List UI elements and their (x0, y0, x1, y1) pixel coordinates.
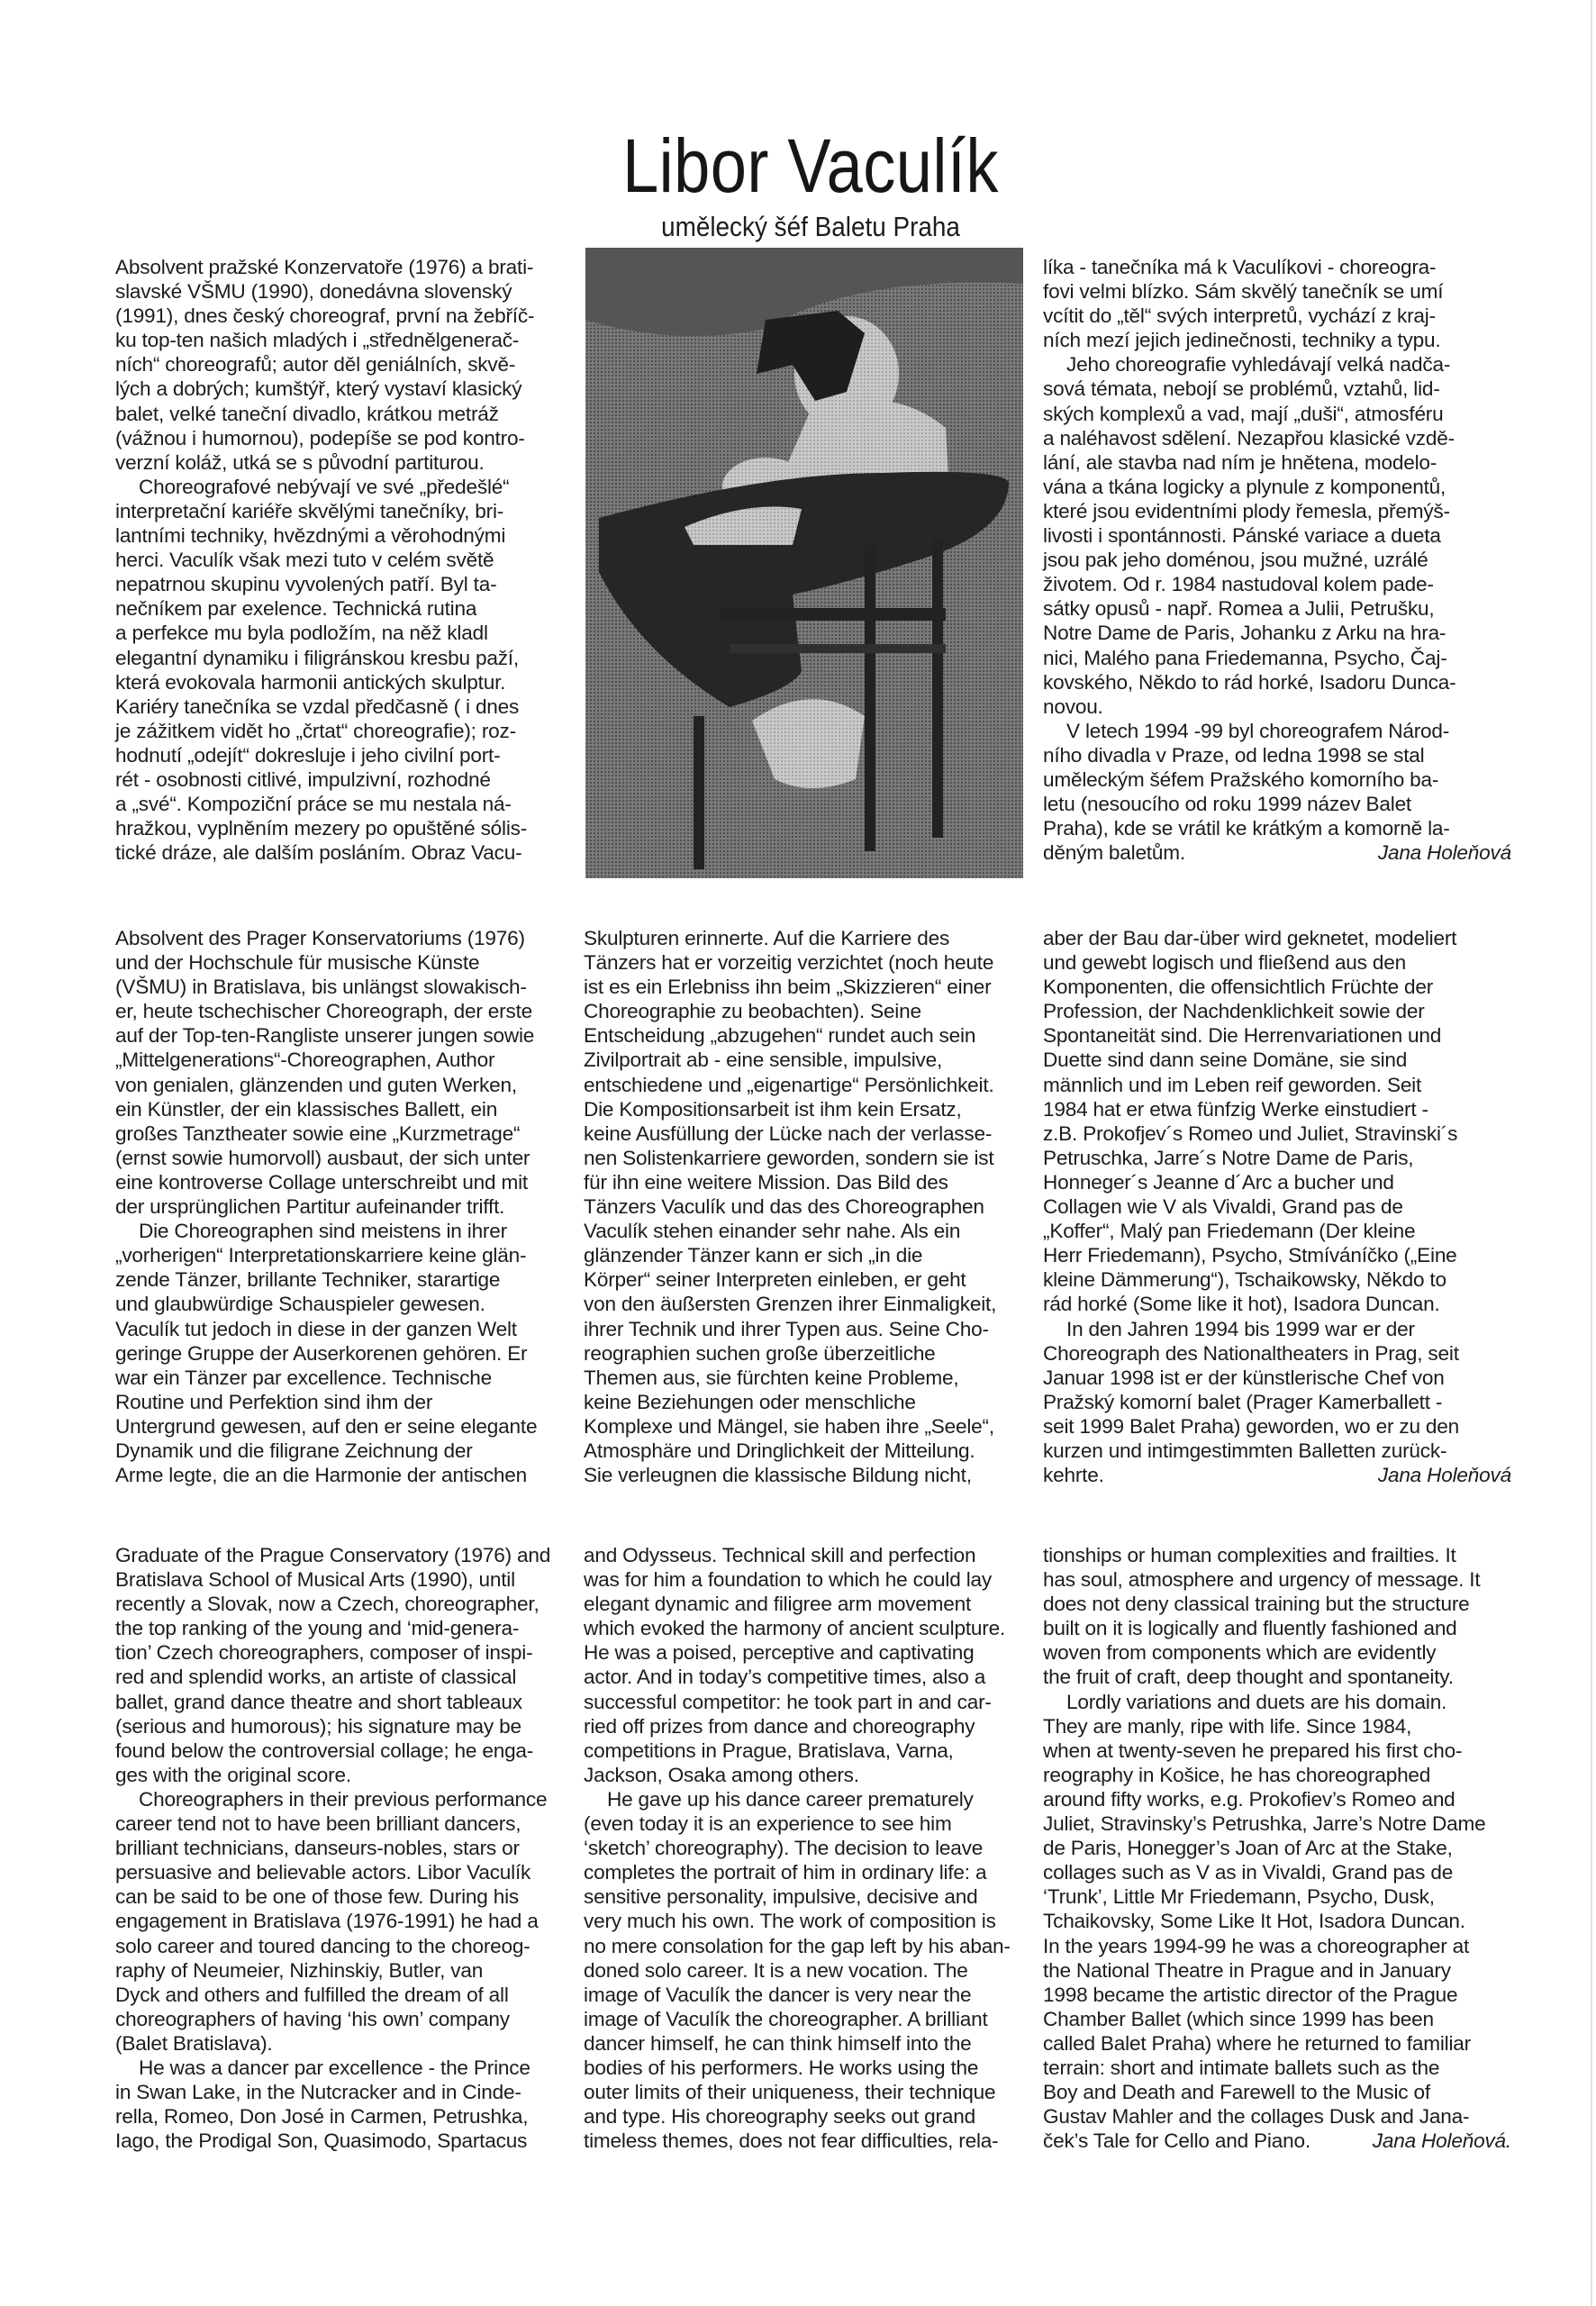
text-line: terrain: short and intimate ballets such… (1043, 2056, 1511, 2080)
text-line: Komponenten, die offensichtlich Früchte … (1043, 975, 1511, 999)
text-line: interpretační kariéře skvělými tanečníky… (115, 499, 566, 523)
text-line: der ursprünglichen Partitur aufeinander … (115, 1194, 566, 1219)
text-line: Graduate of the Prague Conservatory (197… (115, 1543, 566, 1567)
text-line: letu (nesoucího od roku 1999 název Balet (1043, 792, 1511, 816)
text-line: nečníkem par exelence. Technická rutina (115, 596, 566, 621)
text-line: the top ranking of the young and ‘mid-ge… (115, 1616, 566, 1640)
text-line: für ihn eine weitere Mission. Das Bild d… (584, 1170, 1034, 1194)
text-line: fovi velmi blízko. Sám skvělý tanečník s… (1043, 279, 1511, 304)
text-line: rád horké (Some like it hot), Isadora Du… (1043, 1292, 1511, 1316)
text-line: can be said to be one of those few. Duri… (115, 1884, 566, 1909)
text-line: „vorherigen“ Interpretationskarriere kei… (115, 1243, 566, 1267)
text-line: Jackson, Osaka among others. (584, 1763, 1034, 1787)
text-line: They are manly, ripe with life. Since 19… (1043, 1714, 1511, 1739)
text-line: Praha), kde se vrátil ke krátkým a komor… (1043, 816, 1511, 840)
text-line: Bratislava School of Musical Arts (1990)… (115, 1567, 566, 1592)
text-line: 1984 hat er etwa fünfzig Werke einstudie… (1043, 1097, 1511, 1121)
text-line: Die Choreographen sind meistens in ihrer (115, 1219, 566, 1243)
text-line: kehrte.Jana Holeňová (1043, 1463, 1511, 1487)
text-line: Körper“ seiner Interpreten einleben, er … (584, 1267, 1034, 1292)
text-line: Notre Dame de Paris, Johanku z Arku na h… (1043, 621, 1511, 645)
text-line: choreographers of having ‘his own’ compa… (115, 2007, 566, 2031)
text-line: und der Hochschule für musische Künste (115, 950, 566, 975)
text-line: the National Theatre in Prague and in Ja… (1043, 1958, 1511, 1983)
text-line: Lordly variations and duets are his doma… (1043, 1690, 1511, 1714)
text-line: und gewebt logisch und fließend aus den (1043, 950, 1511, 975)
text-line: lání, ale stavba nad ním je hnětena, mod… (1043, 450, 1511, 475)
text-line: persuasive and believable actors. Libor … (115, 1860, 566, 1884)
text-line: je zážitkem vidět ho „črtat“ choreografi… (115, 719, 566, 743)
text-line: ‘sketch’ choreography). The decision to … (584, 1836, 1034, 1860)
text-line: z.B. Prokofjev´s Romeo und Juliet, Strav… (1043, 1121, 1511, 1146)
text-line: timeless themes, does not fear difficult… (584, 2129, 1034, 2153)
text-line: ku top-ten našich mladých i „střednělgen… (115, 328, 566, 352)
text-line: recently a Slovak, now a Czech, choreogr… (115, 1592, 566, 1616)
text-line: Choreographie zu beobachten). Seine (584, 999, 1034, 1023)
text-line: Profession, der Nachdenklichkeit sowie d… (1043, 999, 1511, 1023)
text-line: which evoked the harmony of ancient scul… (584, 1616, 1034, 1640)
text-line: Jeho choreografie vyhledávají velká nadč… (1043, 352, 1511, 377)
text-line: outer limits of their uniqueness, their … (584, 2080, 1034, 2104)
text-line: verzní koláž, utká se s původní partitur… (115, 450, 566, 475)
text-line: completes the portrait of him in ordinar… (584, 1860, 1034, 1884)
text-line: Collagen wie V als Vivaldi, Grand pas de (1043, 1194, 1511, 1219)
text-line: Dynamik und die filigrane Zeichnung der (115, 1439, 566, 1463)
text-line: (1991), dnes český choreograf, první na … (115, 304, 566, 328)
text-line: Entscheidung „abzugehen“ rundet auch sei… (584, 1023, 1034, 1048)
text-line: Routine und Perfektion sind ihm der (115, 1390, 566, 1414)
text-line: novou. (1043, 695, 1511, 719)
text-line: found below the controversial collage; h… (115, 1739, 566, 1763)
text-line: Iago, the Prodigal Son, Quasimodo, Spart… (115, 2129, 566, 2153)
text-line: ried off prizes from dance and choreogra… (584, 1714, 1034, 1739)
text-line: Kariéry tanečníka se vzdal předčasně ( i… (115, 695, 566, 719)
text-line: Herr Friedemann), Psycho, Stmíváníčko („… (1043, 1243, 1511, 1267)
text-line: reographien suchen große überzeitliche (584, 1341, 1034, 1366)
text-line: woven from components which are evidentl… (1043, 1640, 1511, 1665)
text-line: brilliant technicians, danseurs-nobles, … (115, 1836, 566, 1860)
text-line: děným baletům.Jana Holeňová (1043, 840, 1511, 865)
text-line: lantními techniky, hvězdnými a věrohodný… (115, 523, 566, 548)
text-line: ist es ein Erlebniss ihn beim „Skizziere… (584, 975, 1034, 999)
text-line: built on it is logically and fluently fa… (1043, 1616, 1511, 1640)
german-column-2: Skulpturen erinnerte. Auf die Karriere d… (584, 926, 1034, 1487)
text-line: elegant dynamic and filigree arm movemen… (584, 1592, 1034, 1616)
text-line: in Swan Lake, in the Nutcracker and in C… (115, 2080, 566, 2104)
english-column-1: Graduate of the Prague Conservatory (197… (115, 1543, 566, 2153)
text-line: successful competitor: he took part in a… (584, 1690, 1034, 1714)
text-line: red and splendid works, an artiste of cl… (115, 1665, 566, 1689)
text-line: Die Kompositionsarbeit ist ihm kein Ersa… (584, 1097, 1034, 1121)
text-line: kurzen und intimgestimmten Balletten zur… (1043, 1439, 1511, 1463)
author-signature: Jana Holeňová (1378, 1463, 1511, 1487)
text-line: Choreografové nebývají ve své „předešlé“ (115, 475, 566, 499)
text-line: Vaculík tut jedoch in diese in der ganze… (115, 1317, 566, 1341)
text-line: called Balet Praha) where he returned to… (1043, 2031, 1511, 2056)
text-line: ských komplexů a vad, mají „duši“, atmos… (1043, 402, 1511, 426)
author-signature: Jana Holeňová. (1373, 2129, 1511, 2153)
text-line: does not deny classical training but the… (1043, 1592, 1511, 1616)
text-line: (serious and humorous); his signature ma… (115, 1714, 566, 1739)
text-line: eine kontroverse Collage unterschreibt u… (115, 1170, 566, 1194)
text-line: a „své“. Kompoziční práce se mu nestala … (115, 792, 566, 816)
text-line: tion’ Czech choreographers, composer of … (115, 1640, 566, 1665)
text-line: bodies of his performers. He works using… (584, 2056, 1034, 2080)
text-line: engagement in Bratislava (1976-1991) he … (115, 1909, 566, 1933)
text-line: reography in Košice, he has choreographe… (1043, 1763, 1511, 1787)
text-line: doned solo career. It is a new vocation.… (584, 1958, 1034, 1983)
text-line: Duette sind dann seine Domäne, sie sind (1043, 1048, 1511, 1072)
text-line: nen Solistenkarriere geworden, sondern s… (584, 1146, 1034, 1170)
text-line: Boy and Death and Farewell to the Music … (1043, 2080, 1511, 2104)
text-line: Atmosphäre und Dringlichkeit der Mitteil… (584, 1439, 1034, 1463)
text-line: ních“ choreografů; autor děl geniálních,… (115, 352, 566, 377)
text-line: která evokovala harmonii antických skulp… (115, 670, 566, 695)
text-line: the fruit of craft, deep thought and spo… (1043, 1665, 1511, 1689)
text-line: „Mittelgenerations“-Choreographen, Autho… (115, 1048, 566, 1072)
text-line: aber der Bau dar-über wird geknetet, mod… (1043, 926, 1511, 950)
text-line: Dyck and others and fulfilled the dream … (115, 1983, 566, 2007)
text-line: slavské VŠMU (1990), donedávna slovenský (115, 279, 566, 304)
text-line: Gustav Mahler and the collages Dusk and … (1043, 2104, 1511, 2129)
text-line: auf der Top-ten-Rangliste unserer jungen… (115, 1023, 566, 1048)
text-line: has soul, atmosphere and urgency of mess… (1043, 1567, 1511, 1592)
text-line: was for him a foundation to which he cou… (584, 1567, 1034, 1592)
text-line: In den Jahren 1994 bis 1999 war er der (1043, 1317, 1511, 1341)
text-line: 1998 became the artistic director of the… (1043, 1983, 1511, 2007)
text-line: životem. Od r. 1984 nastudoval kolem pad… (1043, 572, 1511, 596)
text-line: jsou pak jeho doménou, jsou mužné, uzrál… (1043, 548, 1511, 572)
text-line: war ein Tänzer par excellence. Technisch… (115, 1366, 566, 1390)
text-line: ein Künstler, der ein klassisches Ballet… (115, 1097, 566, 1121)
text-line: Choreographers in their previous perform… (115, 1787, 566, 1811)
text-line: balet, velké taneční divadlo, krátkou me… (115, 402, 566, 426)
text-line: actor. And in today’s competitive times,… (584, 1665, 1034, 1689)
text-line: (VŠMU) in Bratislava, bis unlängst slowa… (115, 975, 566, 999)
scan-edge-line (1591, 0, 1592, 2306)
text-line: ček’s Tale for Cello and Piano.Jana Hole… (1043, 2129, 1511, 2153)
text-line: elegantní dynamiku i filigránskou kresbu… (115, 646, 566, 670)
text-line: kovského, Někdo to rád horké, Isadoru Du… (1043, 670, 1511, 695)
text-line: Pražský komorní balet (Prager Kamerballe… (1043, 1390, 1511, 1414)
text-line: Chamber Ballet (which since 1999 has bee… (1043, 2007, 1511, 2031)
text-line: které jsou evidentními plody řemesla, př… (1043, 499, 1511, 523)
text-line: solo career and toured dancing to the ch… (115, 1934, 566, 1958)
text-line: Arme legte, die an die Harmonie der anti… (115, 1463, 566, 1487)
text-line: seit 1999 Balet Praha) geworden, wo er z… (1043, 1414, 1511, 1439)
text-line: keine Ausfüllung der Lücke nach der verl… (584, 1121, 1034, 1146)
text-line: and type. His choreography seeks out gra… (584, 2104, 1034, 2129)
portrait-photo (585, 248, 1023, 878)
text-line: V letech 1994 -99 byl choreografem Národ… (1043, 719, 1511, 743)
text-line: (Balet Bratislava). (115, 2031, 566, 2056)
text-line: livosti i spontánnosti. Pánské variace a… (1043, 523, 1511, 548)
text-line: dancer himself, he can think himself int… (584, 2031, 1034, 2056)
text-line: ních mezí jejich jedinečnosti, techniky … (1043, 328, 1511, 352)
text-line: Komplexe und Mängel, sie haben ihre „See… (584, 1414, 1034, 1439)
text-line: Absolvent pražské Konzervatoře (1976) a … (115, 255, 566, 279)
text-line: when at twenty-seven he prepared his fir… (1043, 1739, 1511, 1763)
text-line: competitions in Prague, Bratislava, Varn… (584, 1739, 1034, 1763)
english-column-3: tionships or human complexities and frai… (1043, 1543, 1511, 2153)
text-line: Spontaneität sind. Die Herrenvariationen… (1043, 1023, 1511, 1048)
english-column-2: and Odysseus. Technical skill and perfec… (584, 1543, 1034, 2153)
text-line: rét - osobnosti citlivé, impulzivní, roz… (115, 767, 566, 792)
text-line: ního divadla v Praze, od ledna 1998 se s… (1043, 743, 1511, 767)
text-line: líka - tanečníka má k Vaculíkovi - chore… (1043, 255, 1511, 279)
text-line: vána a tkána logicky a plynule z kompone… (1043, 475, 1511, 499)
text-line: very much his own. The work of compositi… (584, 1909, 1034, 1933)
text-line: He was a dancer par excellence - the Pri… (115, 2056, 566, 2080)
text-line: männlich und im Leben reif geworden. Sei… (1043, 1073, 1511, 1097)
text-line: Zivilportrait ab - eine sensible, impuls… (584, 1048, 1034, 1072)
text-line: tionships or human complexities and frai… (1043, 1543, 1511, 1567)
text-line: tické dráze, ale dalším posláním. Obraz … (115, 840, 566, 865)
text-line: sátky opusů - např. Romea a Julii, Petru… (1043, 596, 1511, 621)
text-line: de Paris, Honegger’s Joan of Arc at the … (1043, 1836, 1511, 1860)
text-line: „Koffer“, Malý pan Friedemann (Der klein… (1043, 1219, 1511, 1243)
text-line: glänzender Tänzer kann er sich „in die (584, 1243, 1034, 1267)
text-line: a perfekce mu byla podložím, na něž klad… (115, 621, 566, 645)
text-line: Juliet, Stravinsky’s Petrushka, Jarre’s … (1043, 1811, 1511, 1836)
czech-column-1: Absolvent pražské Konzervatoře (1976) a … (115, 255, 566, 865)
text-line: von genialen, glänzenden und guten Werke… (115, 1073, 566, 1097)
text-line: ges with the original score. (115, 1763, 566, 1787)
text-line: He gave up his dance career prematurely (584, 1787, 1034, 1811)
text-line: Tchaikovsky, Some Like It Hot, Isadora D… (1043, 1909, 1511, 1933)
text-line: uměleckým šéfem Pražského komorního ba- (1043, 767, 1511, 792)
text-line: ‘Trunk’, Little Mr Friedemann, Psycho, D… (1043, 1884, 1511, 1909)
text-line: and Odysseus. Technical skill and perfec… (584, 1543, 1034, 1567)
text-line: geringe Gruppe der Auserkorenen gehören.… (115, 1341, 566, 1366)
text-line: image of Vaculík the dancer is very near… (584, 1983, 1034, 2007)
text-line: vcítit do „těl“ svých interpretů, vycház… (1043, 304, 1511, 328)
photo-halftone-icon (585, 248, 1023, 878)
text-line: entschiedene und „eigenartige“ Persönlic… (584, 1073, 1034, 1097)
czech-column-3: líka - tanečníka má k Vaculíkovi - chore… (1043, 255, 1511, 865)
text-line: zende Tänzer, brillante Techniker, stara… (115, 1267, 566, 1292)
page-title: Libor Vaculík (548, 124, 1075, 207)
text-line: großes Tanztheater sowie eine „Kurzmetra… (115, 1121, 566, 1146)
text-line: no mere consolation for the gap left by … (584, 1934, 1034, 1958)
text-line: und glaubwürdige Schauspieler gewesen. (115, 1292, 566, 1316)
text-line: Januar 1998 ist er der künstlerische Che… (1043, 1366, 1511, 1390)
text-line: raphy of Neumeier, Nizhinskiy, Butler, v… (115, 1958, 566, 1983)
text-line: (vážnou i humornou), podepíše se pod kon… (115, 426, 566, 450)
text-line: Honneger´s Jeanne d´Arc a bucher und (1043, 1170, 1511, 1194)
text-line: He was a poised, perceptive and captivat… (584, 1640, 1034, 1665)
text-line: nepatrnou skupinu vyvolených patří. Byl … (115, 572, 566, 596)
text-line: nici, Malého pana Friedemanna, Psycho, Č… (1043, 646, 1511, 670)
text-line: In the years 1994-99 he was a choreograp… (1043, 1934, 1511, 1958)
text-line: herci. Vaculík však mezi tuto v celém sv… (115, 548, 566, 572)
text-line: er, heute tschechischer Choreograph, der… (115, 999, 566, 1023)
text-line: (even today it is an experience to see h… (584, 1811, 1034, 1836)
text-line: keine Beziehungen oder menschliche (584, 1390, 1034, 1414)
text-line: Choreograph des Nationaltheaters in Prag… (1043, 1341, 1511, 1366)
text-line: career tend not to have been brilliant d… (115, 1811, 566, 1836)
text-line: around fifty works, e.g. Prokofiev’s Rom… (1043, 1787, 1511, 1811)
text-line: Skulpturen erinnerte. Auf die Karriere d… (584, 926, 1034, 950)
text-line: ihrer Technik und ihrer Typen aus. Seine… (584, 1317, 1034, 1341)
article-header: Libor Vaculík umělecký šéf Baletu Praha (504, 124, 1117, 245)
text-line: hražkou, vyplněním mezery po opuštěné só… (115, 816, 566, 840)
text-line: ballet, grand dance theatre and short ta… (115, 1690, 566, 1714)
text-line: a naléhavost sdělení. Nezapřou klasické … (1043, 426, 1511, 450)
text-line: von den äußersten Grenzen ihrer Einmalig… (584, 1292, 1034, 1316)
text-line: Tänzers Vaculík und das des Choreographe… (584, 1194, 1034, 1219)
text-line: image of Vaculík the choreographer. A br… (584, 2007, 1034, 2031)
text-line: Untergrund gewesen, auf den er seine ele… (115, 1414, 566, 1439)
text-line: Themen aus, sie fürchten keine Probleme, (584, 1366, 1034, 1390)
text-line: sensitive personality, impulsive, decisi… (584, 1884, 1034, 1909)
author-signature: Jana Holeňová (1378, 840, 1511, 865)
text-line: sová témata, nebojí se problémů, vztahů,… (1043, 377, 1511, 401)
german-column-3: aber der Bau dar-über wird geknetet, mod… (1043, 926, 1511, 1487)
text-line: lých a dobrých; kumštýř, který vystaví k… (115, 377, 566, 401)
text-line: kleine Dämmerung“), Tschaikowsky, Někdo … (1043, 1267, 1511, 1292)
text-line: Vaculík stehen einander sehr nahe. Als e… (584, 1219, 1034, 1243)
text-line: Sie verleugnen die klassische Bildung ni… (584, 1463, 1034, 1487)
text-line: Absolvent des Prager Konservatoriums (19… (115, 926, 566, 950)
text-line: rella, Romeo, Don José in Carmen, Petrus… (115, 2104, 566, 2129)
german-column-1: Absolvent des Prager Konservatoriums (19… (115, 926, 566, 1487)
page-subtitle: umělecký šéf Baletu Praha (535, 209, 1086, 245)
text-line: collages such as V as in Vivaldi, Grand … (1043, 1860, 1511, 1884)
text-line: Tänzers hat er vorzeitig verzichtet (noc… (584, 950, 1034, 975)
text-line: hodnutí „odejít“ dokresluje i jeho civil… (115, 743, 566, 767)
text-line: (ernst sowie humorvoll) ausbaut, der sic… (115, 1146, 566, 1170)
text-line: Petruschka, Jarre´s Notre Dame de Paris, (1043, 1146, 1511, 1170)
